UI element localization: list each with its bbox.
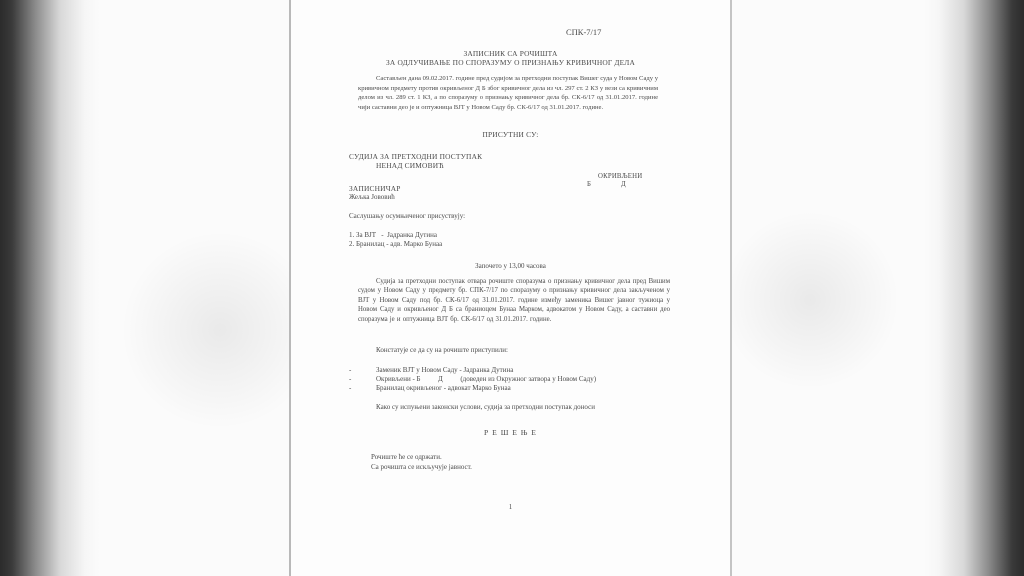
attendee-item: 1. За ВЈТ - Јадранка Дутина [349,231,437,240]
document-title-line-2: ЗА ОДЛУЧИВАЊЕ ПО СПОРАЗУМУ О ПРИЗНАЊУ КР… [291,58,730,67]
case-number: СПК-7/17 [566,28,601,37]
bullet-marker: - [349,366,351,375]
intro-paragraph: Састављен дана 09.02.2017. године пред с… [358,74,658,112]
document-page: СПК-7/17 ЗАПИСНИК СА РОЧИШТА ЗА ОДЛУЧИВА… [289,0,732,576]
decision-line: Са рочишта се искључује јавност. [371,463,472,472]
start-time: Започето у 13,00 часова [291,262,730,271]
appeared-item: Бранилац окривљеног - адвокат Марко Буна… [376,384,511,393]
bullet-marker: - [349,384,351,393]
recorder-label: ЗАПИСНИЧАР [349,184,401,193]
body-paragraph: Судија за претходни поступак отвара рочи… [358,277,670,324]
defendant-initial-first: Б [587,180,591,189]
recorder-name: Жељка Јововић [349,193,395,202]
defendant-initial-last: Д [621,180,626,189]
hearing-attendance-label: Саслушању осумњиченог присуствују: [349,212,465,221]
page-number: 1 [291,503,730,512]
present-heading: ПРИСУТНИ СУ: [291,130,730,139]
decision-heading: Р Е Ш Е Њ Е [291,428,730,437]
appeared-item: Заменик ВЈТ у Новом Саду - Јадранка Дути… [376,366,513,375]
judge-label: СУДИЈА ЗА ПРЕТХОДНИ ПОСТУПАК [349,152,482,161]
decision-line: Рочиште ће се одржати. [371,453,442,462]
appeared-item: Окривљени - Б Д (доведен из Окружног зат… [376,375,596,384]
judge-name: НЕНАД СИМОВИЋ [376,161,444,170]
background-shadow [720,210,900,390]
document-title-line-1: ЗАПИСНИК СА РОЧИШТА [291,49,730,58]
appearance-statement: Констатује се да су на рочиште приступил… [376,346,508,355]
bullet-marker: - [349,375,351,384]
attendee-item: 2. Бранилац - адв. Марко Бунаа [349,240,442,249]
conditions-statement: Како су испуњени законски услови, судија… [376,403,595,412]
